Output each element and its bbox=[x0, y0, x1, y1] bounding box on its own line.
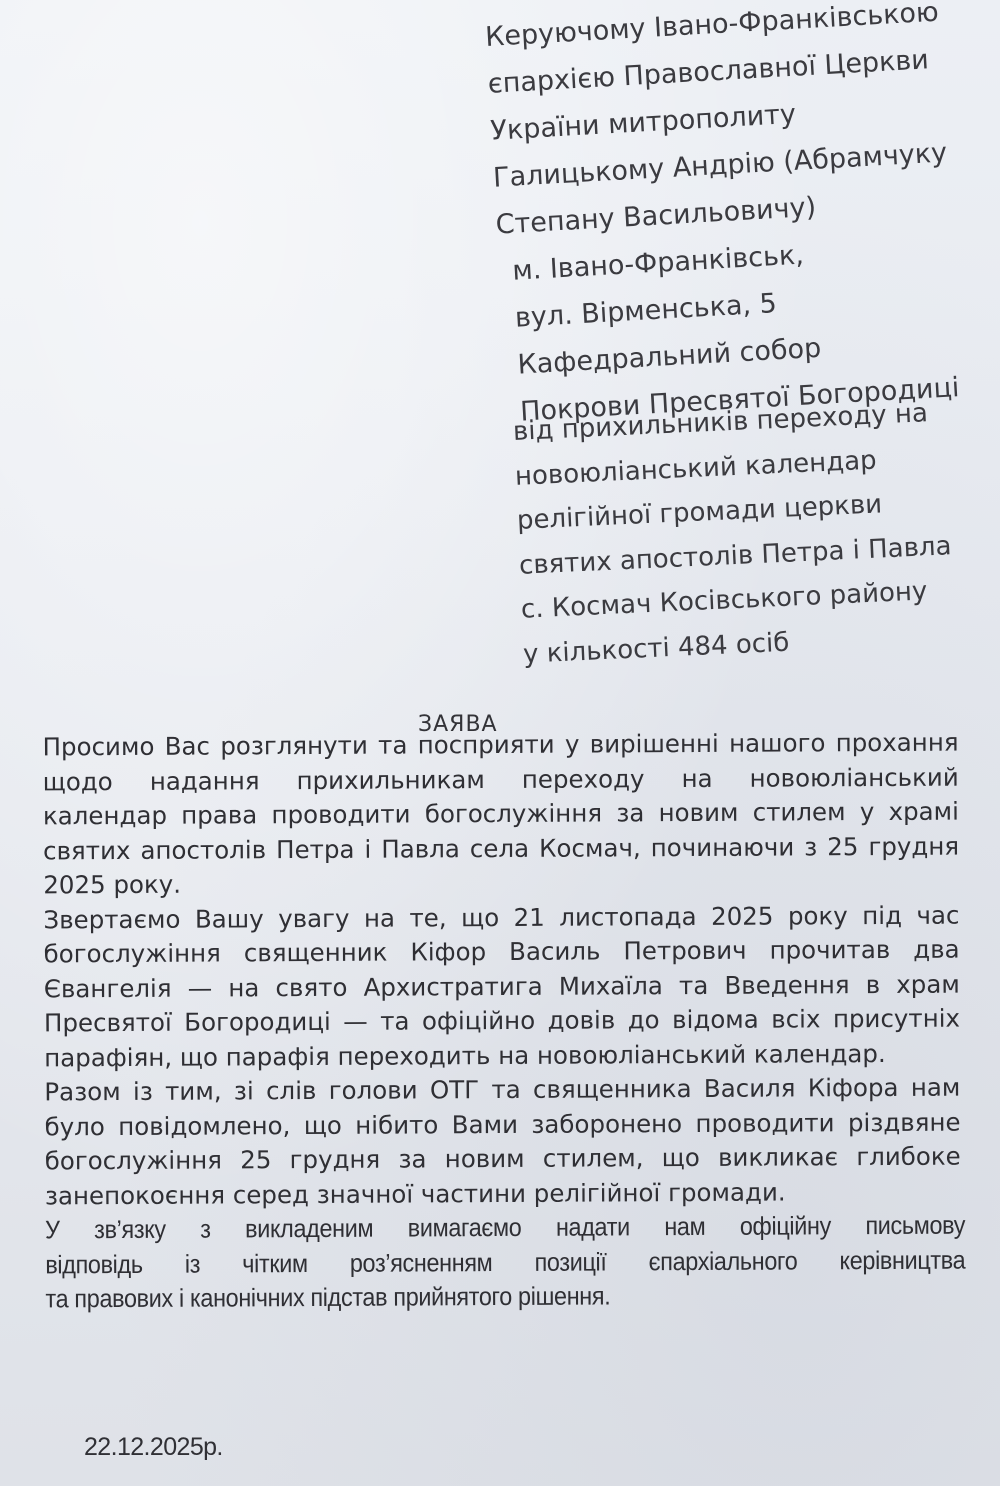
document-body: Просимо Вас розглянути та посприяти у ви… bbox=[42, 726, 961, 1317]
body-line: Пресвятої Богородиці — та офіційно довів… bbox=[44, 1002, 960, 1041]
body-line: Разом із тим, зі слів голови ОТГ та свящ… bbox=[44, 1071, 960, 1110]
body-line: Євангелія — на свято Архистратига Михаїл… bbox=[44, 967, 960, 1006]
paragraph-attention: Звертаємо Вашу увагу на те, що 21 листоп… bbox=[43, 898, 960, 1075]
document-date: 22.12.2025р. bbox=[84, 1433, 223, 1462]
addressee-block: Керуючому Івано-Франківською єпархією Пр… bbox=[484, 0, 977, 436]
paragraph-concern: Разом із тим, зі слів голови ОТГ та свящ… bbox=[44, 1071, 961, 1214]
body-line: 2025 року. bbox=[43, 864, 959, 903]
body-line: щодо надання прихильникам переходу на но… bbox=[43, 760, 959, 799]
body-line: святих апостолів Петра і Павла села Косм… bbox=[43, 829, 959, 868]
body-line: Просимо Вас розглянути та посприяти у ви… bbox=[42, 726, 958, 765]
body-line: богослужіння 25 грудня за новим стилем, … bbox=[45, 1140, 961, 1179]
sender-block: від прихильників переходу на новоюліансь… bbox=[512, 390, 964, 677]
body-line: та правових і канонічних підстав прийнят… bbox=[45, 1278, 965, 1317]
body-line: богослужіння священник Кіфор Василь Петр… bbox=[44, 933, 960, 972]
paragraph-request: Просимо Вас розглянути та посприяти у ви… bbox=[42, 726, 959, 903]
body-line: календар права проводити богослужіння за… bbox=[43, 795, 959, 834]
body-line: Звертаємо Вашу увагу на те, що 21 листоп… bbox=[43, 898, 959, 937]
body-line: парафіян, що парафія переходить на новою… bbox=[44, 1036, 960, 1075]
body-line: відповідь із чітким роз’ясненням позиції… bbox=[45, 1243, 965, 1282]
paragraph-demand: У зв’язку з викладеним вимагаємо надати … bbox=[45, 1209, 966, 1317]
body-line: занепокоєння серед значної частини реліг… bbox=[45, 1174, 961, 1213]
body-line: У зв’язку з викладеним вимагаємо надати … bbox=[45, 1209, 965, 1248]
body-line: було повідомлено, що нібито Вами заборон… bbox=[44, 1105, 960, 1144]
